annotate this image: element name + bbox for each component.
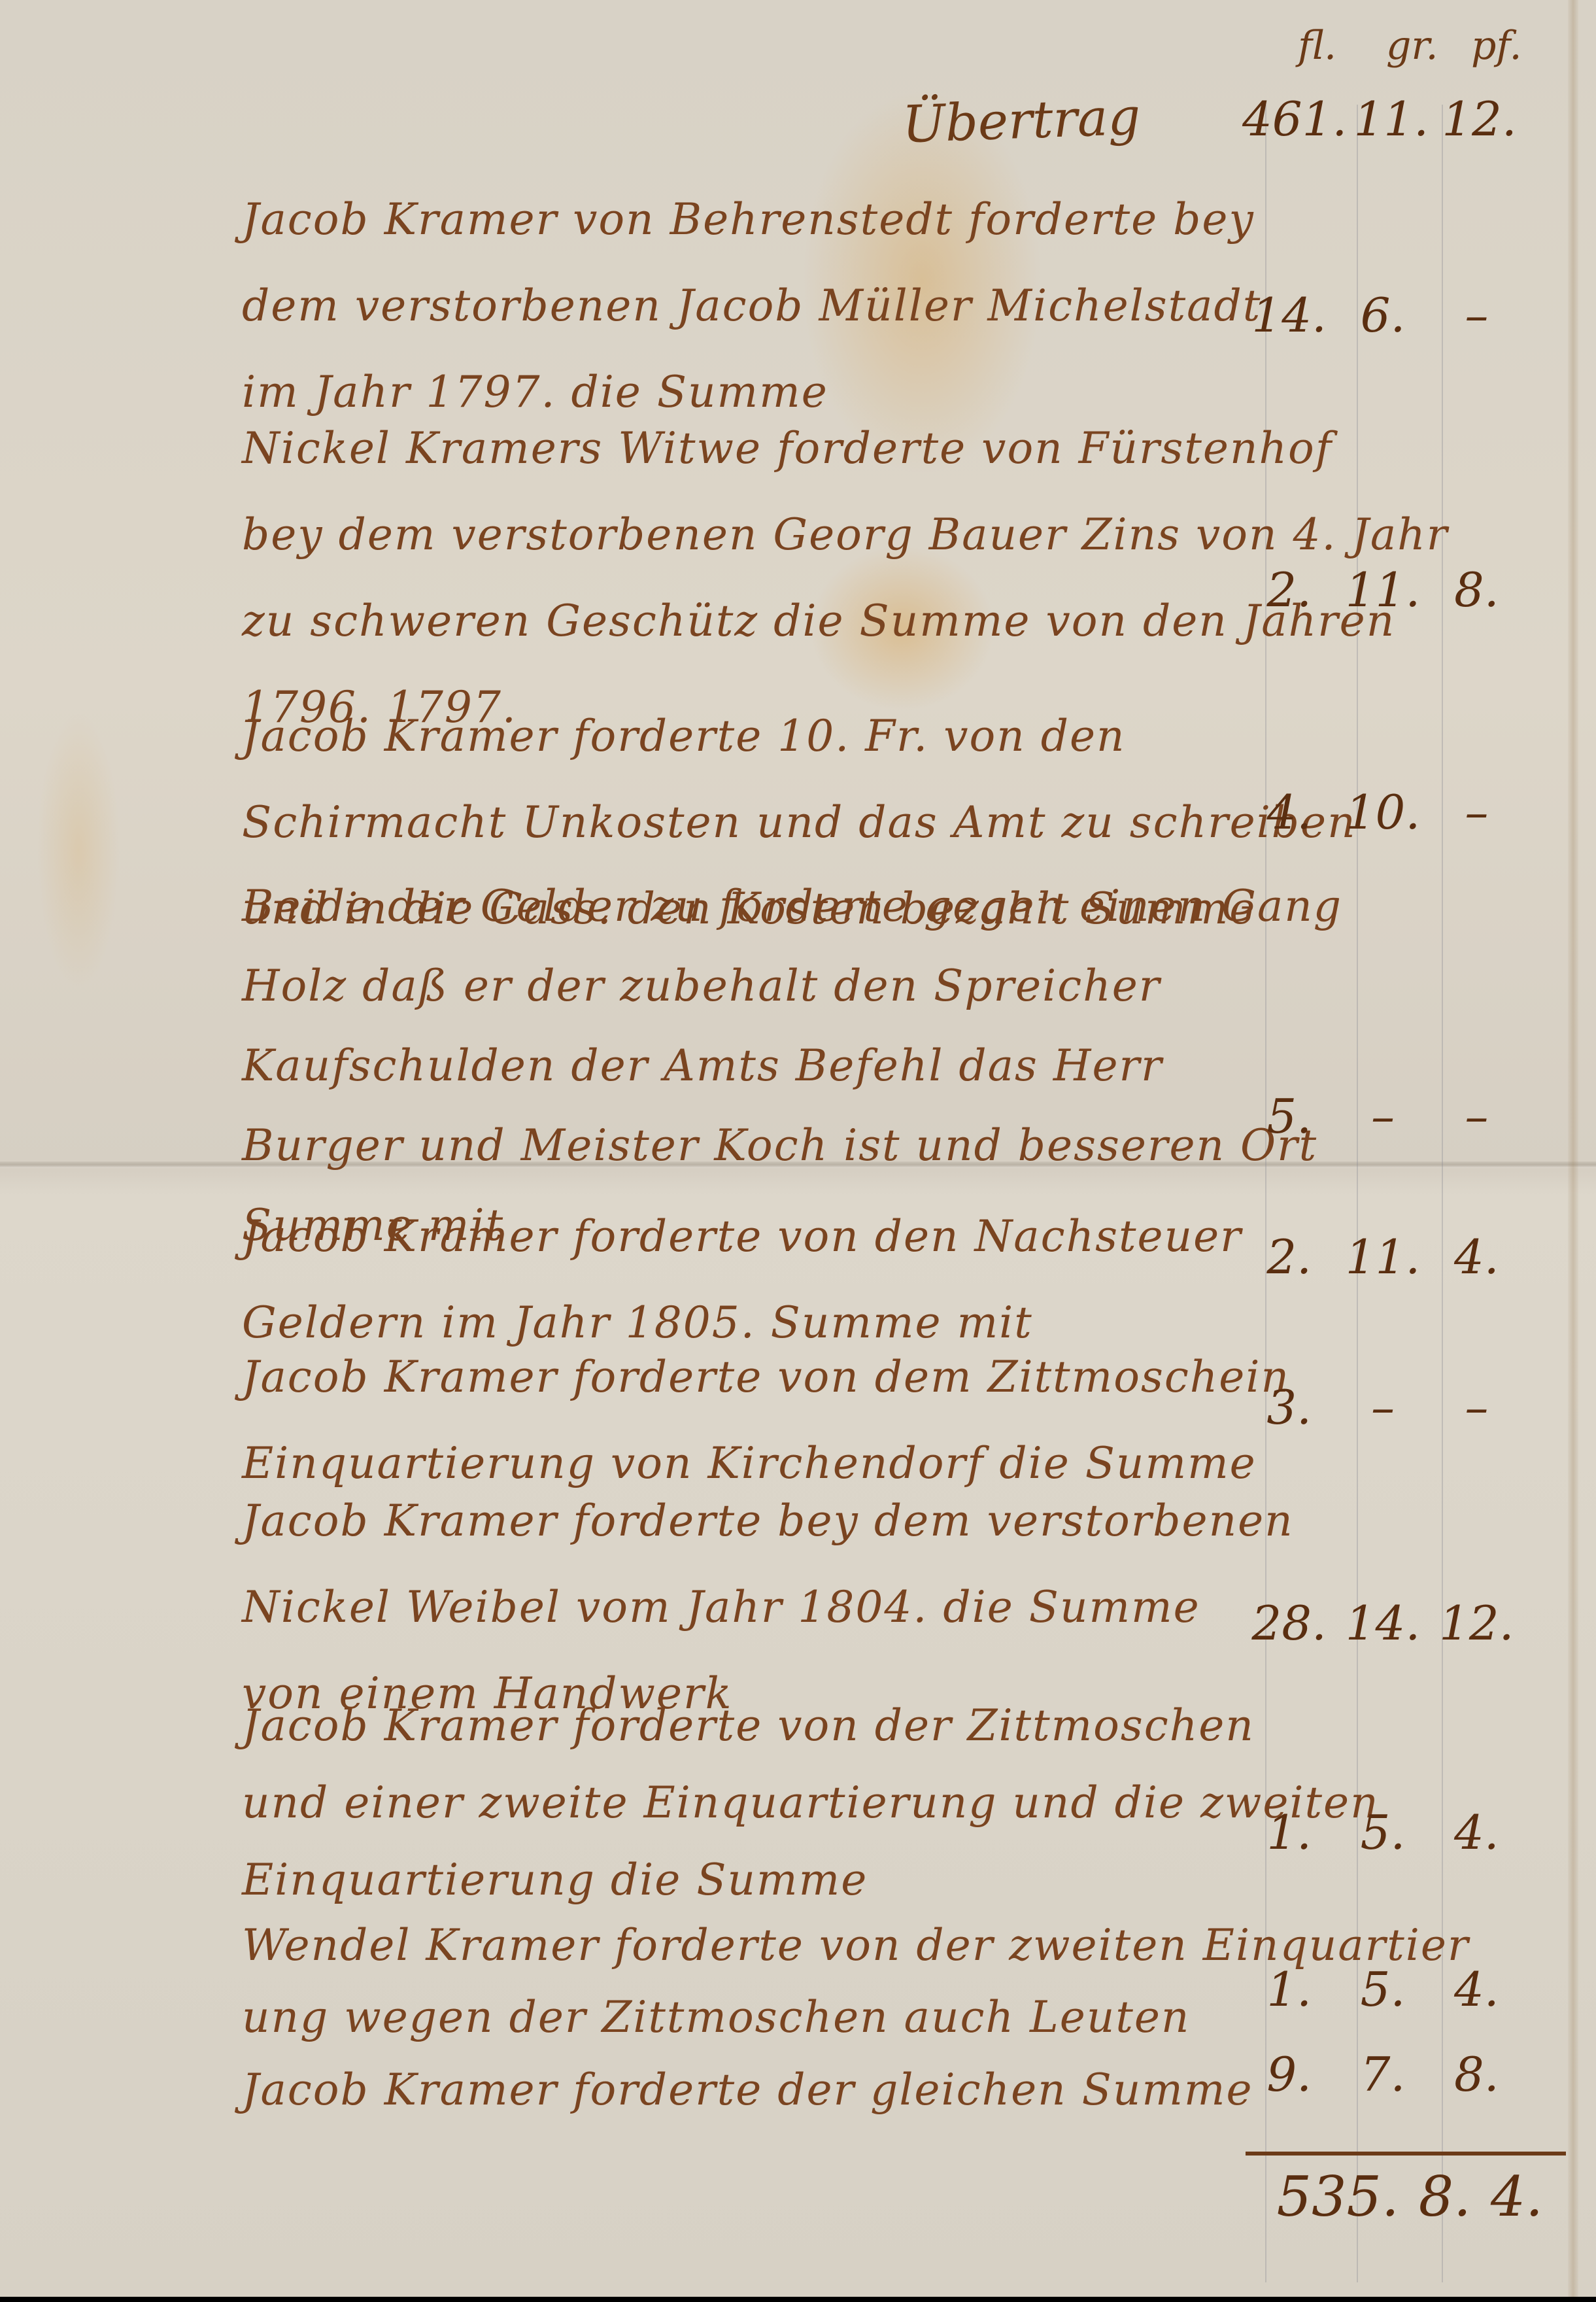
amount-fl: 4.	[1242, 785, 1336, 840]
ledger-entry-8: Jacob Kramer forderte von der Zittmosche…	[242, 1687, 1262, 1919]
column-header-fl: fl.	[1298, 23, 1336, 69]
amount-pf: –	[1430, 785, 1523, 840]
entry-text-line: Holz daß er der zubehalt den Spreicher	[242, 946, 1262, 1026]
ledger-entry-9: Wendel Kramer forderte von der zweiten E…	[242, 1910, 1262, 2053]
entry-text-line: Jacob Kramer forderte der gleichen Summe	[242, 2047, 1262, 2133]
amount-gr: 10.	[1336, 785, 1429, 840]
amount-pf: 4.	[1430, 1962, 1523, 2017]
amount-pf: 12.	[1435, 92, 1523, 146]
amount-fl: 14.	[1242, 288, 1336, 343]
grand-total: 535. 8. 4.	[1151, 2165, 1543, 2229]
total-gr: 8.	[1419, 2165, 1471, 2229]
amount-gr: 7.	[1336, 2047, 1429, 2102]
amount-fl: 5.	[1242, 1089, 1336, 1144]
amount-pf: 8.	[1430, 2047, 1523, 2102]
total-fl: 535.	[1277, 2165, 1399, 2229]
vertical-fold-crease	[1568, 0, 1578, 2297]
entry-amount-2: 2. 11. 8.	[1242, 562, 1523, 617]
entry-text-line: Nickel Weibel vom Jahr 1804. die Summe	[242, 1564, 1262, 1651]
amount-gr: 6.	[1336, 288, 1429, 343]
amount-gr: 5.	[1336, 1805, 1429, 1860]
entry-text-line: Wendel Kramer forderte von der zweiten E…	[242, 1910, 1262, 1982]
total-underline	[1246, 2152, 1566, 2156]
ledger-entry-1: Jacob Kramer von Behrenstedt forderte be…	[242, 177, 1262, 436]
entry-text-line: Beide der Gelder zu forderte gegen einen…	[242, 867, 1262, 946]
amount-fl: 461.	[1242, 92, 1347, 146]
column-header-gr: gr.	[1386, 23, 1438, 69]
amount-fl: 1.	[1242, 1805, 1336, 1860]
amount-gr: 11.	[1336, 1229, 1429, 1284]
total-pf: 4.	[1491, 2165, 1543, 2229]
entry-text-line: Nickel Kramers Witwe forderte von Fürste…	[242, 405, 1262, 492]
entry-text-line: Burger und Meister Koch ist und besseren…	[242, 1106, 1262, 1186]
amount-gr: 11.	[1347, 92, 1435, 146]
entry-text-line: zu schweren Geschütz die Summe von den J…	[242, 578, 1262, 664]
entry-amount-7: 28. 14. 12.	[1242, 1596, 1523, 1651]
amount-pf: 8.	[1430, 562, 1523, 617]
entry-text-line: Jacob Kramer forderte von der Zittmosche…	[242, 1687, 1262, 1764]
amount-gr: 14.	[1336, 1596, 1429, 1651]
column-header-pf: pf.	[1471, 23, 1522, 69]
amount-gr: –	[1336, 1089, 1429, 1144]
entry-text-line: und einer zweite Einquartierung und die …	[242, 1764, 1262, 1842]
amount-fl: 1.	[1242, 1962, 1336, 2017]
entry-text-line: Einquartierung die Summe	[242, 1842, 1262, 1919]
entry-text-line: bey dem verstorbenen Georg Bauer Zins vo…	[242, 492, 1262, 578]
amount-gr: –	[1336, 1380, 1429, 1435]
amount-pf: 4.	[1430, 1805, 1523, 1860]
entry-text-line: Jacob Kramer forderte 10. Fr. von den	[242, 693, 1262, 780]
entry-text-line: Jacob Kramer forderte bey dem verstorben…	[242, 1478, 1262, 1564]
entry-text-line: dem verstorbenen Jacob Müller Michelstad…	[242, 263, 1262, 349]
entry-amount-4: 5. – –	[1242, 1089, 1523, 1144]
entry-amount-3: 4. 10. –	[1242, 785, 1523, 840]
entry-text-line: Kaufschulden der Amts Befehl das Herr	[242, 1026, 1262, 1106]
amount-fl: 28.	[1242, 1596, 1336, 1651]
entry-text-line: Jacob Kramer forderte von dem Zittmosche…	[242, 1334, 1262, 1420]
entry-text-line: Jacob Kramer von Behrenstedt forderte be…	[242, 177, 1262, 263]
entry-amount-6: 3. – –	[1242, 1380, 1523, 1435]
entry-amount-10: 9. 7. 8.	[1242, 2047, 1523, 2102]
entry-text-line: ung wegen der Zittmoschen auch Leuten	[242, 1982, 1262, 2053]
carry-over-label: Übertrag	[902, 88, 1142, 155]
entry-text-line: Jacob Kramer forderte von den Nachsteuer	[242, 1194, 1262, 1280]
ledger-entry-10: Jacob Kramer forderte der gleichen Summe	[242, 2047, 1262, 2133]
amount-pf: 4.	[1430, 1229, 1523, 1284]
entry-amount-5: 2. 11. 4.	[1242, 1229, 1523, 1284]
amount-gr: 5.	[1336, 1962, 1429, 2017]
amount-pf: 12.	[1430, 1596, 1523, 1651]
entry-amount-1: 14. 6. –	[1242, 288, 1523, 343]
amount-fl: 2.	[1242, 1229, 1336, 1284]
entry-amount-8: 1. 5. 4.	[1242, 1805, 1523, 1860]
entry-text-line: Schirmacht Unkosten und das Amt zu schre…	[242, 780, 1262, 866]
amount-fl: 3.	[1242, 1380, 1336, 1435]
amount-fl: 2.	[1242, 562, 1336, 617]
carry-over-amount: 461. 11. 12.	[1242, 92, 1523, 146]
amount-pf: –	[1430, 1089, 1523, 1144]
amount-gr: 11.	[1336, 562, 1429, 617]
amount-fl: 9.	[1242, 2047, 1336, 2102]
amount-pf: –	[1430, 288, 1523, 343]
amount-pf: –	[1430, 1380, 1523, 1435]
entry-amount-9: 1. 5. 4.	[1242, 1962, 1523, 2017]
